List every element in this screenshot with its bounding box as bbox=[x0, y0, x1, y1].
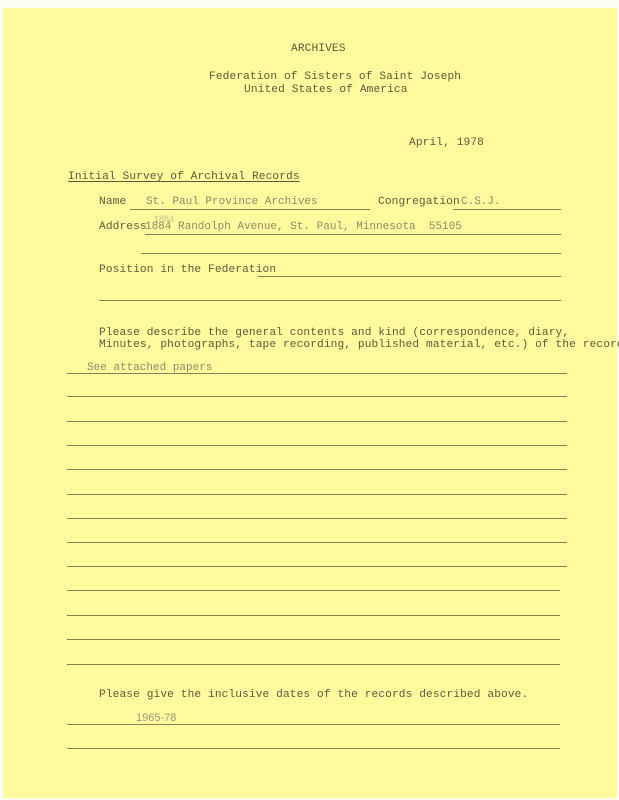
address-label: Address bbox=[99, 221, 147, 234]
describe-blank-line bbox=[67, 469, 567, 470]
describe-blank-line bbox=[67, 494, 567, 495]
describe-blank-line bbox=[67, 566, 567, 567]
dates-line-1 bbox=[67, 724, 560, 725]
archives-title: ARCHIVES bbox=[291, 43, 346, 56]
name-field[interactable]: St. Paul Province Archives bbox=[146, 196, 318, 209]
describe-blank-line bbox=[67, 615, 560, 616]
describe-blank-line bbox=[67, 590, 560, 591]
position-label: Position in the Federation bbox=[99, 264, 276, 277]
describe-blank-line bbox=[67, 518, 567, 519]
describe-blank-line bbox=[67, 664, 560, 665]
address-line bbox=[145, 234, 561, 235]
name-label: Name bbox=[99, 196, 126, 209]
describe-blank-line bbox=[67, 396, 567, 397]
section-title: Initial Survey of Archival Records bbox=[68, 171, 300, 184]
describe-blank-line bbox=[67, 445, 567, 446]
describe-blank-line bbox=[67, 639, 560, 640]
position-line-2 bbox=[99, 300, 561, 301]
describe-prompt-line-2: Minutes, photographs, tape recording, pu… bbox=[99, 339, 619, 352]
dates-line-2 bbox=[67, 748, 560, 749]
name-line bbox=[130, 209, 370, 210]
organization-line-1: Federation of Sisters of Saint Joseph bbox=[209, 71, 461, 84]
describe-blank-line bbox=[67, 421, 567, 422]
describe-blank-line bbox=[67, 542, 567, 543]
congregation-line bbox=[453, 209, 561, 210]
congregation-field[interactable]: C.S.J. bbox=[461, 196, 501, 209]
address-line-2 bbox=[141, 253, 561, 254]
document-date: April, 1978 bbox=[409, 137, 484, 150]
organization-line-2: United States of America bbox=[244, 84, 408, 97]
position-line bbox=[258, 276, 561, 277]
address-field[interactable]: 1884 Randolph Avenue, St. Paul, Minnesot… bbox=[145, 221, 462, 234]
describe-line-1 bbox=[67, 373, 567, 374]
address-handwritten-annotation: 1884 bbox=[154, 213, 174, 226]
paper-page bbox=[3, 8, 617, 798]
dates-prompt: Please give the inclusive dates of the r… bbox=[99, 689, 528, 702]
congregation-label: Congregation bbox=[378, 196, 460, 209]
